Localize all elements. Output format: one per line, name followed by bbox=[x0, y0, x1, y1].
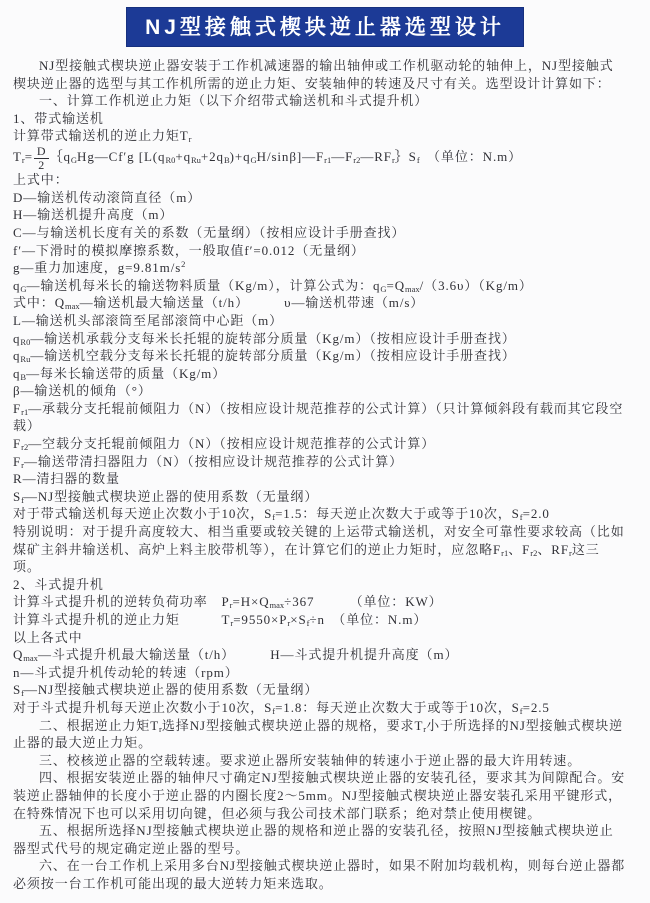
paragraph: Qmax—斗式提升机最大输送量（t/h） H—斗式提升机提升高度（m） bbox=[13, 646, 626, 664]
document-body: NJ型接触式楔块逆止器安装于工作机减速器的输出轴伸或工作机驱动轮的轴伸上，NJ型… bbox=[0, 46, 650, 903]
paragraph: qRu—输送机空载分支每米长托辊的旋转部分质量（Kg/m）（按相应设计手册查找） bbox=[13, 347, 626, 365]
paragraph: 五、根据所选择NJ型接触式楔块逆止器的规格和逆止器的安装孔径，按照NJ型接触式楔… bbox=[13, 822, 626, 857]
paragraph: qR0—输送机承载分支每米长托辊的旋转部分质量（Kg/m）（按相应设计手册查找） bbox=[13, 330, 626, 348]
paragraph: 二、根据逆止力矩Tr选择NJ型接触式楔块逆止器的规格，要求Tr小于所选择的NJ型… bbox=[13, 717, 626, 752]
paragraph: Fr2—空载分支托辊前倾阻力（N）（按相应设计规范推荐的公式计算） bbox=[13, 435, 626, 453]
paragraph: Sf—NJ型接触式楔块逆止器的使用系数（无量纲） bbox=[13, 681, 626, 699]
paragraph: 特别说明：对于提升高度较大、相当重要或较关键的上运带式输送机，对安全可靠性要求较… bbox=[13, 523, 626, 576]
paragraph: 对于斗式提升机每天逆止次数小于10次，Sf=1.8：每天逆止次数大于或等于10次… bbox=[13, 699, 626, 717]
paragraph: 对于带式输送机每天逆止次数小于10次，Sf=1.5：每天逆止次数大于或等于10次… bbox=[13, 505, 626, 523]
paragraph: 上式中： bbox=[13, 171, 626, 189]
paragraph: qG—输送机每米长的输送物料质量（Kg/m），计算公式为：qG=Qmax/（3.… bbox=[13, 277, 626, 295]
paragraph: NJ型接触式楔块逆止器安装于工作机减速器的输出轴伸或工作机驱动轮的轴伸上，NJ型… bbox=[13, 57, 626, 92]
paragraph: 以上各式中 bbox=[13, 629, 626, 647]
paragraph: Sf—NJ型接触式楔块逆止器的使用系数（无量纲） bbox=[13, 488, 626, 506]
paragraph: 计算带式输送机的逆止力矩Tr bbox=[13, 127, 626, 145]
fraction: D2 bbox=[34, 145, 49, 171]
paragraph: n—斗式提升机传动轮的转速（rpm） bbox=[13, 664, 626, 682]
paragraph: Fr—输送带清扫器阻力（N）（按相应设计规范推荐的公式计算） bbox=[13, 453, 626, 471]
paragraph: H—输送机提升高度（m） bbox=[13, 206, 626, 224]
paragraph: 计算斗式提升机的逆止力矩 Tr=9550×Pr×Sf÷n （单位：N.m） bbox=[13, 611, 626, 629]
paragraph: β—输送机的倾角（°） bbox=[13, 382, 626, 400]
paragraph: 四、根据安装逆止器的轴伸尺寸确定NJ型接触式楔块逆止器的安装孔径，要求其为间隙配… bbox=[13, 769, 626, 822]
paragraph: R—清扫器的数量 bbox=[13, 470, 626, 488]
paragraph: 1、带式输送机 bbox=[13, 110, 626, 128]
paragraph: 计算斗式提升机的逆转负荷功率 Pr=H×Qmax÷367 （单位：KW） bbox=[13, 593, 626, 611]
paragraph: C—与输送机长度有关的系数（无量纲）（按相应设计手册查找） bbox=[13, 224, 626, 242]
paragraph: 一、计算工作机逆止力矩（以下介绍带式输送机和斗式提升机） bbox=[13, 92, 626, 110]
paragraph: 2、斗式提升机 bbox=[13, 576, 626, 594]
paragraph: g—重力加速度，g=9.81m/s2 bbox=[13, 259, 626, 277]
paragraph: Tr=D2｛qGHg—Cf′g [L(qR0+qRu+2qB)+qGH/sinβ… bbox=[13, 145, 626, 171]
page-title: NJ型接触式楔块逆止器选型设计 bbox=[127, 8, 523, 46]
title-bar: NJ型接触式楔块逆止器选型设计 bbox=[0, 0, 650, 46]
paragraph: 式中：Qmax—输送机最大输送量（t/h） υ—输送机带速（m/s） bbox=[13, 294, 626, 312]
paragraph: Fr1—承载分支托辊前倾阻力（N）（按相应设计规范推荐的公式计算）（只计算倾斜段… bbox=[13, 400, 626, 435]
document-page: { "page": { "background_color": "#fbfbfc… bbox=[0, 0, 650, 903]
paragraph: 六、在一台工作机上采用多台NJ型接触式楔块逆止器时，如果不附加均载机构，则每台逆… bbox=[13, 857, 626, 892]
paragraph: L—输送机头部滚筒至尾部滚筒中心距（m） bbox=[13, 312, 626, 330]
paragraph: 三、校核逆止器的空载转速。要求逆止器所安装轴伸的转速小于逆止器的最大许用转速。 bbox=[13, 752, 626, 770]
paragraph: qB—每米长输送带的质量（Kg/m） bbox=[13, 365, 626, 383]
paragraph: f′—下滑时的模拟摩擦系数，一般取值f′=0.012（无量纲） bbox=[13, 242, 626, 260]
paragraph: D—输送机传动滚筒直径（m） bbox=[13, 189, 626, 207]
